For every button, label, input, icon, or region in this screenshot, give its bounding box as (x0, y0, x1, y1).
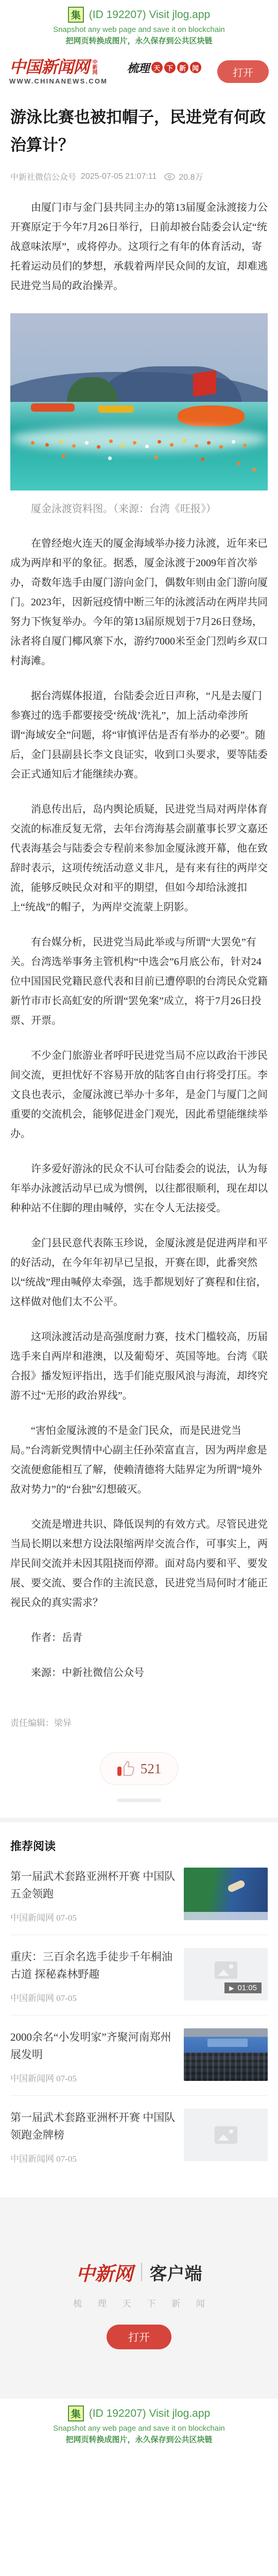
article-paragraph: 消息传出后，岛内舆论质疑，民进党当局对两岸体育交流的标准反复无常，去年台湾海基会… (10, 800, 268, 917)
recommend-item-date: 07-05 (56, 2154, 77, 2164)
jlog-badge-icon: 集 (68, 2405, 84, 2421)
recommend-item-source: 中国新闻网 (10, 1993, 54, 2003)
recommend-item-4[interactable]: 第一届武术套路亚洲杯开赛 中国队领跑金牌榜 中国新闻网 07-05 (10, 2096, 268, 2176)
site-logo-side-text: 中新网 (91, 59, 97, 75)
jlog-subtitle-en: Snapshot any web page and save it on blo… (0, 25, 278, 34)
article-paragraph: “害怕金厦泳渡的不是金门民众，而是民进党当局。”台湾新党舆情中心副主任孙荣富直言… (10, 1421, 268, 1499)
recommend-thumbnail-placeholder (184, 2109, 268, 2161)
article-source: 中新社微信公众号 (10, 171, 76, 182)
article-datetime: 2025-07-05 21:07:11 (81, 172, 157, 181)
slogan-seal-3: 新 (177, 62, 188, 73)
slogan-seal-2: 下 (164, 62, 176, 73)
article-paragraph: 交流是增进共识、降低误判的有效方式。尽管民进党当局长期以来想方设法限缩两岸交流合… (10, 1515, 268, 1613)
view-count: 20.8万 (179, 171, 203, 182)
photo-caption: 厦金泳渡资料图。（来源：台湾《旺报》） (10, 500, 268, 518)
article-author-line: 作者：岳青 (10, 1628, 268, 1648)
slogan-seal-1: 天 (151, 62, 163, 73)
jlog-subtitle-zh: 把网页转换成图片，永久保存到公共区块链 (0, 2434, 278, 2445)
photo-boat-middle (98, 405, 134, 413)
footer-logo: 中新网 客户端 (0, 2258, 278, 2286)
recommend-heading: 推荐阅读 (10, 1838, 268, 1854)
play-icon: ▶ (229, 1985, 234, 1992)
recommend-item-source: 中国新闻网 (10, 2154, 54, 2164)
slogan-stamp: 梳理 天 下 新 闻 (127, 60, 201, 76)
recommend-item-title: 2000余名“小发明家”齐聚河南郑州展发明 (10, 2028, 176, 2063)
thumb-stage-strip (184, 1912, 268, 1920)
article-title: 游泳比赛也被扣帽子，民进党有何政治算计？ (10, 104, 268, 159)
recommend-thumbnail-expo (184, 2028, 268, 2081)
article-paragraph: 在曾经炮火连天的厦金海域举办接力泳渡，近年来已成为两岸和平的象征。据悉，厦金泳渡… (10, 534, 268, 671)
footer-logo-text: 中新网 (76, 2258, 133, 2286)
article-paragraph: 许多爱好游泳的民众不认可台陆委会的说法，认为每年举办泳渡活动早已成为惯例，以往都… (10, 1159, 268, 1218)
article-paragraph: 由厦门市与金门县共同主办的第13届厦金泳渡接力公开赛原定于今年7月26日举行，日… (10, 198, 268, 296)
recommend-item-title: 第一届武术套路亚洲杯开赛 中国队五金领跑 (10, 1868, 176, 1903)
photo-splash-foam (10, 427, 268, 451)
photo-boat-left (31, 403, 75, 411)
thumb-crowd (184, 2053, 268, 2081)
video-duration: 01:05 (237, 1984, 257, 1992)
recommend-item-date: 07-05 (56, 1993, 77, 2003)
open-app-button-top[interactable]: 打开 (217, 60, 269, 83)
jlog-badge-icon: 集 (68, 7, 84, 23)
app-footer: 中新网 客户端 梳 理 天 下 新 闻 打开 (0, 2197, 278, 2399)
article: 游泳比赛也被扣帽子，民进党有何政治算计？ 中新社微信公众号 2025-07-05… (0, 104, 278, 1802)
site-logo-text: 中国新闻网 (9, 58, 89, 76)
photo-swimmers-dots (31, 441, 34, 445)
thumbs-up-icon (117, 1760, 135, 1777)
recommend-thumbnail-wushu (184, 1868, 268, 1920)
slogan-prefix: 梳理 (127, 60, 150, 76)
eye-icon (164, 173, 175, 180)
image-placeholder-icon (215, 1961, 237, 1979)
site-header: 中国新闻网 中新网 WWW.CHINANEWS.COM 梳理 天 下 新 闻 打… (0, 51, 278, 90)
recommend-item-title: 重庆：三百余名选手徒步千年桐油古道 探秘森林野趣 (10, 1948, 176, 1983)
article-paragraph: 不少金门旅游业者呼吁民进党当局不应以政治干涉民间交流，更担忧好不容易开放的陆客自… (10, 1046, 268, 1144)
section-divider-band (0, 1818, 278, 1822)
footer-logo-suffix: 客户端 (150, 2260, 202, 2285)
recommend-section: 推荐阅读 第一届武术套路亚洲杯开赛 中国队五金领跑 中国新闻网 07-05 重庆… (0, 1838, 278, 2176)
photo-red-flag (193, 370, 216, 396)
article-paragraph: 金门县民意代表陈玉珍说，金厦泳渡是促进两岸和平的好活动，在今年年初早已呈报，开赛… (10, 1233, 268, 1312)
like-count: 521 (141, 1761, 162, 1777)
article-source-line: 来源：中新社微信公众号 (10, 1663, 268, 1683)
site-logo[interactable]: 中国新闻网 中新网 WWW.CHINANEWS.COM (9, 58, 108, 85)
article-paragraph: 这项泳渡活动是高强度耐力赛，技术门槛较高，历届选手来自两岸和港澳，以及葡萄牙、英… (10, 1327, 268, 1405)
site-url: WWW.CHINANEWS.COM (9, 77, 108, 85)
jlog-subtitle-en: Snapshot any web page and save it on blo… (0, 2424, 278, 2433)
thumb-athlete-figure (227, 1879, 246, 1893)
slogan-seal-4: 闻 (190, 62, 201, 73)
recommend-thumbnail-video[interactable]: ▶ 01:05 (184, 1948, 268, 2001)
image-placeholder-icon (215, 2126, 237, 2144)
editor-line: 责任编辑：梁异 (10, 1716, 268, 1728)
photo-rescue-boat (178, 405, 245, 427)
article-paragraph: 据台湾媒体报道，台陆委会近日声称，“凡是去厦门参赛过的选手都要接受‘统战’洗礼”… (10, 686, 268, 784)
recommend-item-date: 07-05 (56, 2074, 77, 2083)
jlog-banner-top: 集 (ID 192207) Visit jlog.app Snapshot an… (0, 0, 278, 51)
article-photo-swimmers (10, 313, 268, 490)
recommend-item-source: 中国新闻网 (10, 1913, 54, 1923)
recommend-item-source: 中国新闻网 (10, 2074, 54, 2083)
article-byline: 中新社微信公众号 2025-07-05 21:07:11 20.8万 (10, 171, 268, 182)
footer-logo-divider (141, 2263, 142, 2281)
collapse-handle (117, 1799, 161, 1802)
like-button[interactable]: 521 (100, 1752, 178, 1785)
article-paragraph: 有台媒分析，民进党当局此举或与所谓“大罢免”有关。台湾选举事务主管机构“中选会”… (10, 933, 268, 1030)
video-duration-badge: ▶ 01:05 (224, 1982, 262, 1993)
thumb-stage-banner (207, 2039, 248, 2046)
recommend-item-3[interactable]: 2000余名“小发明家”齐聚河南郑州展发明 中国新闻网 07-05 (10, 2015, 268, 2096)
jlog-link[interactable]: (ID 192207) Visit jlog.app (89, 2408, 210, 2420)
jlog-banner-bottom: 集 (ID 192207) Visit jlog.app Snapshot an… (0, 2399, 278, 2450)
recommend-item-date: 07-05 (56, 1913, 77, 1923)
jlog-link[interactable]: (ID 192207) Visit jlog.app (89, 9, 210, 21)
recommend-item-1[interactable]: 第一届武术套路亚洲杯开赛 中国队五金领跑 中国新闻网 07-05 (10, 1855, 268, 1935)
recommend-item-title: 第一届武术套路亚洲杯开赛 中国队领跑金牌榜 (10, 2109, 176, 2144)
recommend-item-2[interactable]: 重庆：三百余名选手徒步千年桐油古道 探秘森林野趣 中国新闻网 07-05 ▶ 0… (10, 1935, 268, 2015)
footer-slogan: 梳 理 天 下 新 闻 (0, 2296, 278, 2309)
open-app-button-bottom[interactable]: 打开 (107, 2325, 171, 2349)
jlog-subtitle-zh: 把网页转换成图片，永久保存到公共区块链 (0, 35, 278, 46)
